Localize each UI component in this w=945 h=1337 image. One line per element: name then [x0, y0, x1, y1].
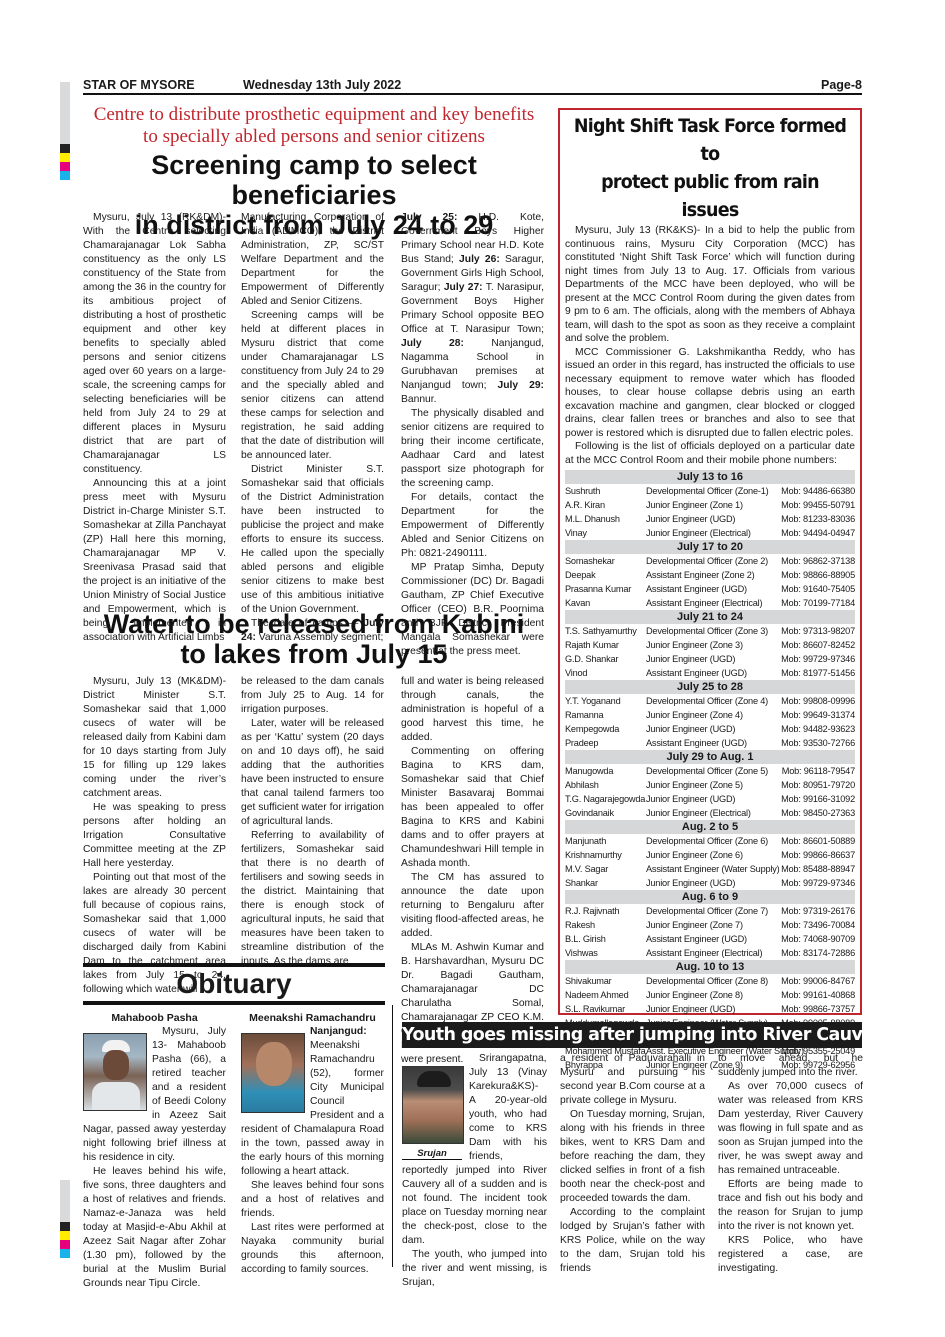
official-row: ManugowdaDevelopmental Officer (Zone 5)M… — [565, 764, 855, 778]
paragraph: The youth, who jumped into the river and… — [402, 1248, 547, 1290]
official-row: VinodAssistant Engineer (UGD)Mob: 81977-… — [565, 666, 855, 680]
official-mobile: Mob: 91640-75405 — [778, 582, 855, 596]
official-mobile: Mob: 98450-27363 — [778, 806, 855, 820]
kabini-col-3: full and water is being released through… — [401, 675, 544, 1067]
official-designation: Assistant Engineer (UGD) — [646, 666, 778, 680]
official-name: B.L. Girish — [565, 932, 646, 946]
official-mobile: Mob: 80951-79720 — [778, 778, 855, 792]
official-row: RamannaJunior Engineer (Zone 4)Mob: 9964… — [565, 708, 855, 722]
youth-photo — [402, 1066, 464, 1144]
official-name: Kavan — [565, 596, 646, 610]
paragraph: MLAs M. Ashwin Kumar and B. Harshavardha… — [401, 941, 544, 1067]
paragraph: MCC Commissioner G. Lakshmikantha Reddy,… — [565, 346, 855, 441]
screening-kicker: Centre to distribute prosthetic equipmen… — [80, 104, 548, 148]
rota-period-band: Aug. 2 to 5 — [565, 820, 855, 834]
official-mobile: Mob: 99161-40868 — [778, 988, 855, 1002]
obituary-name: Mahaboob Pasha — [83, 1012, 226, 1024]
masthead: STAR OF MYSORE Wednesday 13th July 2022 … — [83, 77, 862, 95]
official-row: A.R. KiranJunior Engineer (Zone 1)Mob: 9… — [565, 498, 855, 512]
official-mobile: Mob: 83174-72886 — [778, 946, 855, 960]
kabini-headline: Water to be released from Kabini to lake… — [80, 609, 548, 669]
official-designation: Junior Engineer (Zone 1) — [646, 498, 778, 512]
paragraph: Screening camps will be held at differen… — [241, 309, 384, 463]
official-row: PradeepAssistant Engineer (UGD)Mob: 9353… — [565, 736, 855, 750]
official-designation: Developmental Officer (Zone 7) — [646, 904, 778, 918]
official-name: Vinod — [565, 666, 646, 680]
official-row: G.D. ShankarJunior Engineer (UGD)Mob: 99… — [565, 652, 855, 666]
official-name: S.L. Ravikumar — [565, 1002, 646, 1016]
official-mobile: Mob: 94482-93623 — [778, 722, 855, 736]
obituary-photo — [83, 1033, 147, 1111]
official-row: S.L. RavikumarJunior Engineer (UGD)Mob: … — [565, 1002, 855, 1016]
paragraph: a resident of Paduvarahalli in Mysuru an… — [560, 1052, 705, 1108]
official-designation: Junior Engineer (Zone 3) — [646, 638, 778, 652]
official-name: Kempegowda — [565, 722, 646, 736]
headline-line: Night Shift Task Force formed to — [572, 112, 848, 168]
paragraph: As over 70,000 cusecs of water was relea… — [718, 1080, 863, 1178]
obituary-name: Meenakshi Ramachandru — [241, 1012, 384, 1024]
official-mobile: Mob: 97313-98207 — [778, 624, 855, 638]
official-mobile: Mob: 94486-66380 — [778, 484, 855, 498]
official-designation: Assistant Engineer (Electrical) — [646, 596, 778, 610]
paragraph: Following is the list of officials deplo… — [565, 440, 855, 467]
official-row: Nadeem AhmedJunior Engineer (Zone 8)Mob:… — [565, 988, 855, 1002]
official-row: RakeshJunior Engineer (Zone 7)Mob: 73496… — [565, 918, 855, 932]
issue-date: Wednesday 13th July 2022 — [243, 78, 401, 92]
obituary-entry-2: Nanjangud: Meenakshi Ramachandru (52), f… — [241, 1025, 384, 1277]
paragraph: KRS Police, who have registered a case, … — [718, 1234, 863, 1276]
official-row: M.L. DhanushJunior Engineer (UGD)Mob: 81… — [565, 512, 855, 526]
official-row: KavanAssistant Engineer (Electrical)Mob:… — [565, 596, 855, 610]
paragraph: Manufacturing Corporation of India (ALIM… — [241, 211, 384, 309]
official-mobile: Mob: 99866-73757 — [778, 1002, 855, 1016]
official-mobile: Mob: 94494-04947 — [778, 526, 855, 540]
official-mobile: Mob: 81233-83036 — [778, 512, 855, 526]
paragraph: be released to the dam canals from July … — [241, 675, 384, 717]
official-mobile: Mob: 74068-90709 — [778, 932, 855, 946]
official-name: Manjunath — [565, 834, 646, 848]
official-designation: Assistant Engineer (Electrical) — [646, 946, 778, 960]
screening-col-2: Manufacturing Corporation of India (ALIM… — [241, 211, 384, 645]
photo-caption: Srujan — [402, 1148, 462, 1160]
rota-period-band: Aug. 6 to 9 — [565, 890, 855, 904]
official-mobile: Mob: 99166-31092 — [778, 792, 855, 806]
official-mobile: Mob: 85488-88947 — [778, 862, 855, 876]
official-row: Rajath KumarJunior Engineer (Zone 3)Mob:… — [565, 638, 855, 652]
official-name: Deepak — [565, 568, 646, 582]
official-row: M.V. SagarAssistant Engineer (Water Supp… — [565, 862, 855, 876]
paragraph: Mysuru, July 13 (MK&DM)- District Minist… — [83, 675, 226, 801]
rota-period-band: July 21 to 24 — [565, 610, 855, 624]
task-force-headline: Night Shift Task Force formed to protect… — [572, 112, 848, 224]
official-mobile: Mob: 97319-26176 — [778, 904, 855, 918]
paragraph: The CM has assured to announce the date … — [401, 871, 544, 941]
youth-col-3: to move ahead, but he suddenly jumped in… — [718, 1052, 863, 1276]
official-mobile: Mob: 99006-84767 — [778, 974, 855, 988]
official-designation: Junior Engineer (UGD) — [646, 652, 778, 666]
official-designation: Developmental Officer (Zone 4) — [646, 694, 778, 708]
official-row: R.J. RajivnathDevelopmental Officer (Zon… — [565, 904, 855, 918]
official-name: Vinay — [565, 526, 646, 540]
paragraph: For details, contact the Department for … — [401, 491, 544, 561]
official-mobile: Mob: 93530-72766 — [778, 736, 855, 750]
paper-name: STAR OF MYSORE — [83, 78, 195, 92]
official-designation: Assistant Engineer (UGD) — [646, 736, 778, 750]
paragraph: Mysuru, July 13 (RK&KS)- In a bid to hel… — [565, 224, 855, 346]
official-name: Shivakumar — [565, 974, 646, 988]
official-name: Shankar — [565, 876, 646, 890]
official-row: GovindanaikJunior Engineer (Electrical)M… — [565, 806, 855, 820]
official-name: Vishwas — [565, 946, 646, 960]
official-name: M.V. Sagar — [565, 862, 646, 876]
rota-period-band: Aug. 10 to 13 — [565, 960, 855, 974]
column-rule — [392, 1005, 393, 1267]
camp-date: July 25: — [401, 212, 457, 223]
official-mobile: Mob: 73496-70084 — [778, 918, 855, 932]
youth-headline: Youth goes missing after jumping into Ri… — [402, 1022, 862, 1048]
official-designation: Developmental Officer (Zone-1) — [646, 484, 778, 498]
official-row: B.L. GirishAssistant Engineer (UGD)Mob: … — [565, 932, 855, 946]
paragraph: The physically disabled and senior citiz… — [401, 407, 544, 491]
paragraph: full and water is being released through… — [401, 675, 544, 745]
official-mobile: Mob: 96118-79547 — [778, 764, 855, 778]
registration-marks-bottom — [60, 1180, 70, 1258]
officials-rota-table: July 13 to 16SushruthDevelopmental Offic… — [565, 470, 855, 1072]
official-name: Krishnamurthy — [565, 848, 646, 862]
page-number: Page-8 — [821, 78, 862, 92]
official-designation: Developmental Officer (Zone 6) — [646, 834, 778, 848]
official-name: R.J. Rajivnath — [565, 904, 646, 918]
camp-date: July 29: — [497, 380, 544, 391]
paragraph: She leaves behind four sons and a host o… — [241, 1179, 384, 1221]
official-designation: Developmental Officer (Zone 3) — [646, 624, 778, 638]
camp-schedule: July 25: H.D. Kote, Government Boys High… — [401, 211, 544, 407]
paragraph: He was speaking to press persons after h… — [83, 801, 226, 871]
paragraph: Last rites were performed at Nayaka comm… — [241, 1221, 384, 1277]
official-name: T.G. Nagarajegowda — [565, 792, 646, 806]
official-designation: Developmental Officer (Zone 5) — [646, 764, 778, 778]
official-name: Y.T. Yoganand — [565, 694, 646, 708]
official-mobile: Mob: 99729-97346 — [778, 876, 855, 890]
official-designation: Junior Engineer (Electrical) — [646, 806, 778, 820]
rota-period-band: July 25 to 28 — [565, 680, 855, 694]
paragraph: to move ahead, but he suddenly jumped in… — [718, 1052, 863, 1080]
task-force-intro: Mysuru, July 13 (RK&KS)- In a bid to hel… — [560, 224, 860, 467]
official-designation: Assistant Engineer (UGD) — [646, 582, 778, 596]
youth-col-2: a resident of Paduvarahalli in Mysuru an… — [560, 1052, 705, 1276]
official-designation: Junior Engineer (UGD) — [646, 876, 778, 890]
paragraph: District Minister S.T. Somashekar said t… — [241, 463, 384, 617]
headline-line: protect public from rain issues — [572, 168, 848, 224]
screening-col-3: July 25: H.D. Kote, Government Boys High… — [401, 211, 544, 659]
official-row: DeepakAssistant Engineer (Zone 2)Mob: 98… — [565, 568, 855, 582]
official-designation: Junior Engineer (Zone 4) — [646, 708, 778, 722]
official-mobile: Mob: 99649-31374 — [778, 708, 855, 722]
official-designation: Junior Engineer (Zone 7) — [646, 918, 778, 932]
rota-period-band: July 29 to Aug. 1 — [565, 750, 855, 764]
official-row: AbhilashJunior Engineer (Zone 5)Mob: 809… — [565, 778, 855, 792]
rota-period-band: July 13 to 16 — [565, 470, 855, 484]
registration-marks-top — [60, 82, 70, 180]
rota-period-band: July 17 to 20 — [565, 540, 855, 554]
kicker-line: Centre to distribute prosthetic equipmen… — [80, 104, 548, 126]
task-force-box: Night Shift Task Force formed to protect… — [558, 108, 862, 1015]
official-name: Rajath Kumar — [565, 638, 646, 652]
official-row: Y.T. YoganandDevelopmental Officer (Zone… — [565, 694, 855, 708]
official-mobile: Mob: 81977-51456 — [778, 666, 855, 680]
official-name: Somashekar — [565, 554, 646, 568]
official-row: KrishnamurthyJunior Engineer (Zone 6)Mob… — [565, 848, 855, 862]
official-designation: Junior Engineer (UGD) — [646, 792, 778, 806]
official-row: SomashekarDevelopmental Officer (Zone 2)… — [565, 554, 855, 568]
headline-line: Water to be released from Kabini — [80, 609, 548, 639]
paragraph: Referring to availability of fertilizers… — [241, 829, 384, 969]
headline-line: Screening camp to select beneficiaries — [80, 150, 548, 210]
official-row: KempegowdaJunior Engineer (UGD)Mob: 9448… — [565, 722, 855, 736]
official-row: T.S. SathyamurthyDevelopmental Officer (… — [565, 624, 855, 638]
official-row: VishwasAssistant Engineer (Electrical)Mo… — [565, 946, 855, 960]
official-row: ShankarJunior Engineer (UGD)Mob: 99729-9… — [565, 876, 855, 890]
official-name: Prasanna Kumar — [565, 582, 646, 596]
official-mobile: Mob: 86601-50889 — [778, 834, 855, 848]
paragraph: According to the complaint lodged by Sru… — [560, 1206, 705, 1276]
paragraph: On Tuesday morning, Srujan, along with h… — [560, 1108, 705, 1206]
official-name: Manugowda — [565, 764, 646, 778]
official-mobile: Mob: 99455-50791 — [778, 498, 855, 512]
official-row: T.G. NagarajegowdaJunior Engineer (UGD)M… — [565, 792, 855, 806]
official-designation: Assistant Engineer (UGD) — [646, 932, 778, 946]
official-name: Rakesh — [565, 918, 646, 932]
official-designation: Assistant Engineer (Zone 2) — [646, 568, 778, 582]
official-designation: Developmental Officer (Zone 8) — [646, 974, 778, 988]
kabini-col-1: Mysuru, July 13 (MK&DM)- District Minist… — [83, 675, 226, 997]
official-row: ManjunathDevelopmental Officer (Zone 6)M… — [565, 834, 855, 848]
official-mobile: Mob: 99729-97346 — [778, 652, 855, 666]
obituary-section-header: Obituary — [83, 963, 385, 1005]
official-name: Sushruth — [565, 484, 646, 498]
official-designation: Junior Engineer (UGD) — [646, 722, 778, 736]
official-mobile: Mob: 70199-77184 — [778, 596, 855, 610]
camp-date: July 27: — [444, 282, 483, 293]
official-name: Abhilash — [565, 778, 646, 792]
obituary-entry-1: Mysuru, July 13- Mahaboob Pasha (66), a … — [83, 1025, 226, 1291]
official-mobile: Mob: 86607-82452 — [778, 638, 855, 652]
paragraph: Later, water will be released as per ‘Ka… — [241, 717, 384, 829]
official-mobile: Mob: 96862-37138 — [778, 554, 855, 568]
official-designation: Assistant Engineer (Water Supply) — [646, 862, 778, 876]
section-title: Obituary — [176, 968, 291, 999]
official-row: SushruthDevelopmental Officer (Zone-1)Mo… — [565, 484, 855, 498]
official-name: Pradeep — [565, 736, 646, 750]
camp-date: July 28: — [401, 338, 464, 349]
official-designation: Junior Engineer (Electrical) — [646, 526, 778, 540]
official-row: ShivakumarDevelopmental Officer (Zone 8)… — [565, 974, 855, 988]
official-name: M.L. Dhanush — [565, 512, 646, 526]
official-designation: Junior Engineer (Zone 5) — [646, 778, 778, 792]
dateline: Nanjangud: — [310, 1026, 367, 1037]
official-mobile: Mob: 98866-88905 — [778, 568, 855, 582]
official-designation: Developmental Officer (Zone 2) — [646, 554, 778, 568]
official-mobile: Mob: 99808-09996 — [778, 694, 855, 708]
official-row: Prasanna KumarAssistant Engineer (UGD)Mo… — [565, 582, 855, 596]
official-designation: Junior Engineer (Zone 6) — [646, 848, 778, 862]
official-designation: Junior Engineer (UGD) — [646, 1002, 778, 1016]
paragraph: Commenting on offering Bagina to KRS dam… — [401, 745, 544, 871]
official-name: T.S. Sathyamurthy — [565, 624, 646, 638]
headline-line: to lakes from July 15 — [80, 639, 548, 669]
official-mobile: Mob: 99866-86637 — [778, 848, 855, 862]
official-designation: Junior Engineer (Zone 8) — [646, 988, 778, 1002]
camp-date: July 26: — [459, 254, 500, 265]
obituary-photo — [241, 1033, 305, 1113]
screening-col-1: Mysuru, July 13 (RK&DM)- With the Centre… — [83, 211, 226, 645]
official-name: Govindanaik — [565, 806, 646, 820]
official-name: Nadeem Ahmed — [565, 988, 646, 1002]
kabini-col-2: be released to the dam canals from July … — [241, 675, 384, 969]
camp-place: Bannur. — [401, 394, 437, 405]
paragraph: He leaves behind his wife, five sons, th… — [83, 1165, 226, 1291]
paragraph: Mysuru, July 13 (RK&DM)- With the Centre… — [83, 211, 226, 477]
kicker-line: to specially abled persons and senior ci… — [80, 126, 548, 148]
official-name: A.R. Kiran — [565, 498, 646, 512]
paragraph: Efforts are being made to trace and fish… — [718, 1178, 863, 1234]
official-row: VinayJunior Engineer (Electrical)Mob: 94… — [565, 526, 855, 540]
official-designation: Junior Engineer (UGD) — [646, 512, 778, 526]
official-name: Ramanna — [565, 708, 646, 722]
youth-col-1: Srirangapatna, July 13 (Vinay Karekura&K… — [402, 1052, 547, 1290]
official-name: G.D. Shankar — [565, 652, 646, 666]
